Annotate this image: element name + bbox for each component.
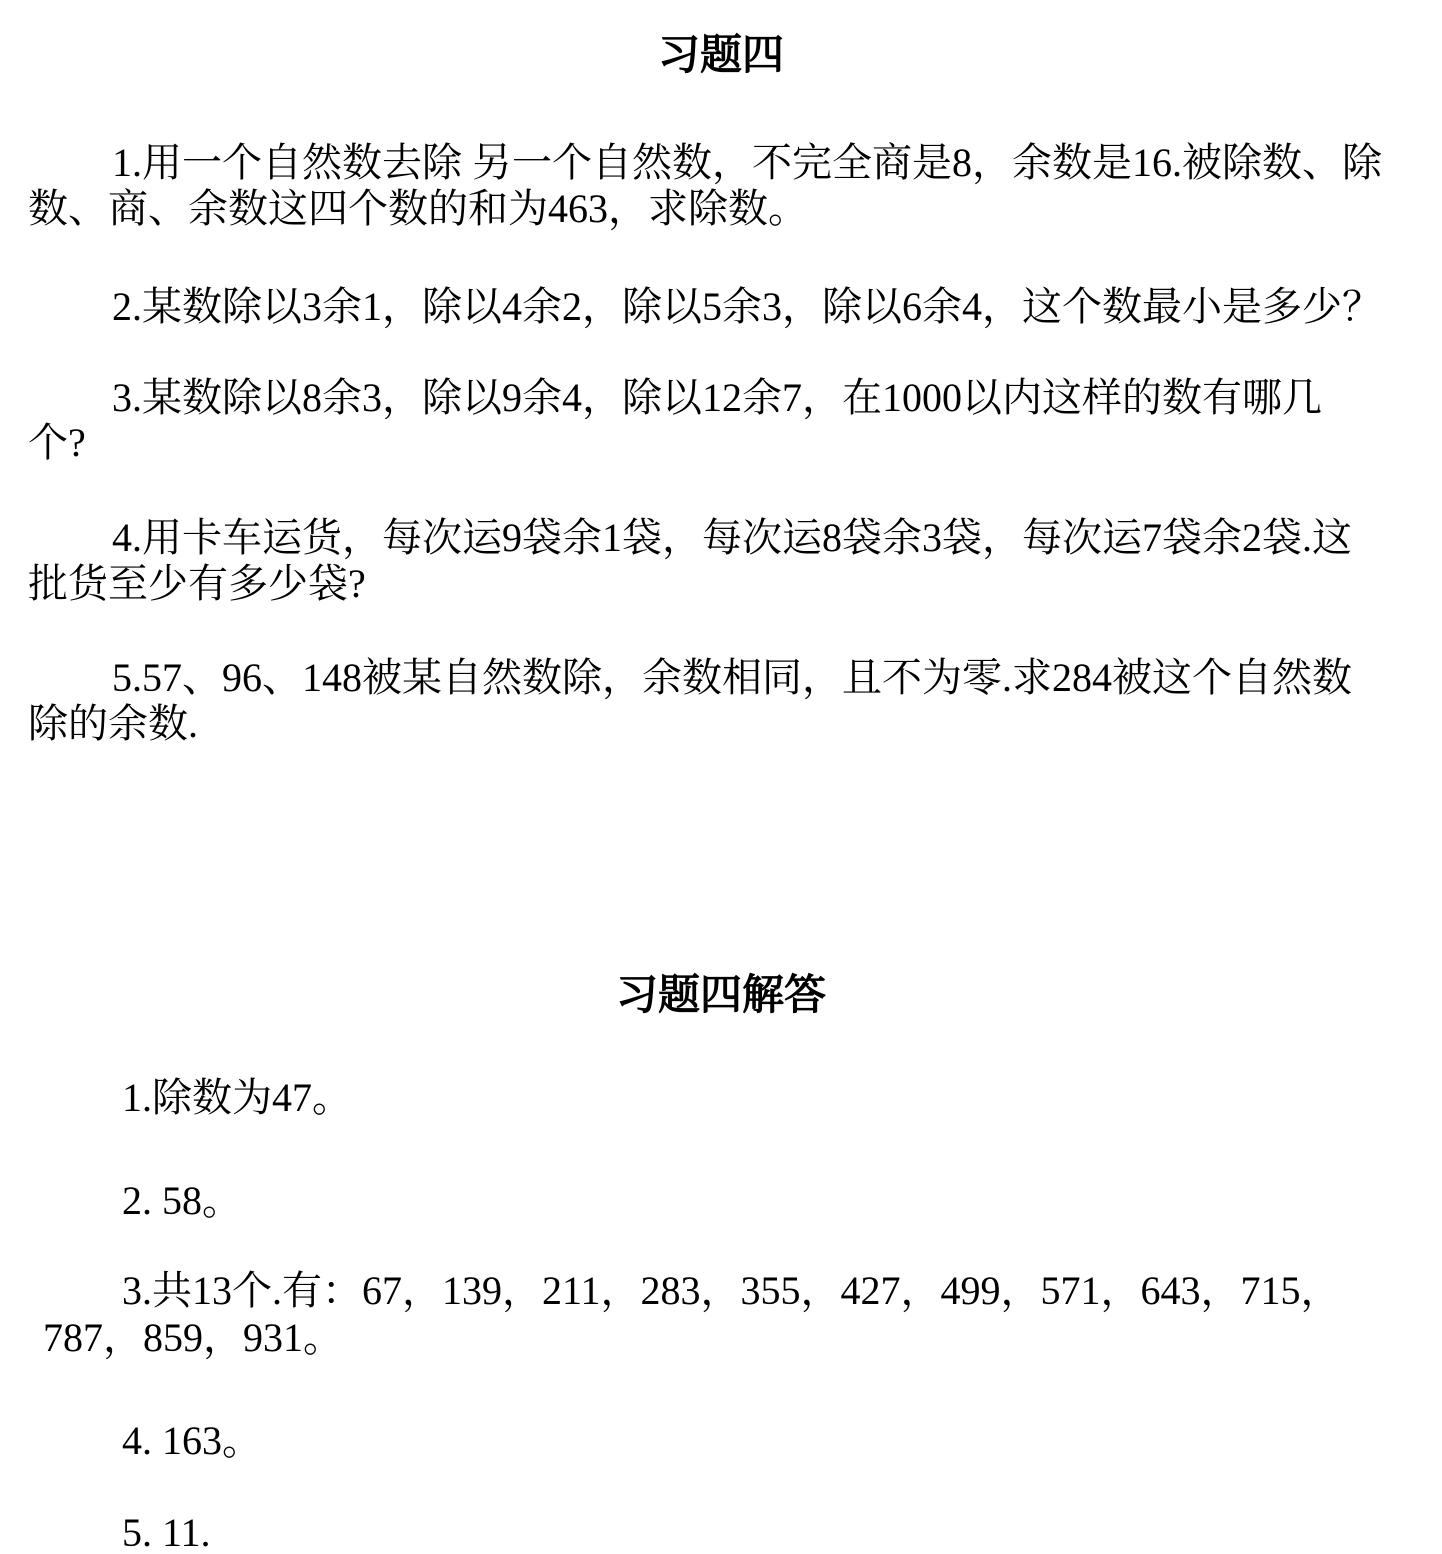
problem-5-line-1: 5.57、96、148被某自然数除，余数相同，且不为零.求284被这个自然数 [112,655,1352,701]
problem-3-line-1: 3.某数除以8余3，除以9余4，除以12余7，在1000以内这样的数有哪几 [112,375,1322,421]
answers-section-title: 习题四解答 [0,972,1442,1020]
answer-3-line-2: 787，859，931。 [43,1315,343,1361]
answer-3-line-1: 3.共13个.有：67，139，211，283，355，427，499，571，… [122,1268,1341,1314]
problems-section-title: 习题四 [0,32,1442,80]
problem-5-line-2: 除的余数. [28,701,198,747]
problem-2-line-1: 2.某数除以3余1，除以4余2，除以5余3，除以6余4，这个数最小是多少？ [112,284,1382,330]
answer-2-line-1: 2. 58。 [122,1178,242,1224]
worksheet-page: 习题四 1.用一个自然数去除 另一个自然数，不完全商是8，余数是16.被除数、除… [0,0,1442,1554]
problem-4-line-2: 批货至少有多少袋? [28,561,366,607]
answer-5-line-1: 5. 11. [122,1510,211,1554]
problem-1-line-2: 数、商、余数这四个数的和为463，求除数。 [28,186,808,232]
answer-1-line-1: 1.除数为47。 [122,1075,352,1121]
problem-1-line-1: 1.用一个自然数去除 另一个自然数，不完全商是8，余数是16.被除数、除 [112,140,1382,186]
problem-3-line-2: 个? [28,420,86,466]
problem-4-line-1: 4.用卡车运货，每次运9袋余1袋，每次运8袋余3袋，每次运7袋余2袋.这 [112,515,1352,561]
answer-4-line-1: 4. 163。 [122,1418,262,1464]
